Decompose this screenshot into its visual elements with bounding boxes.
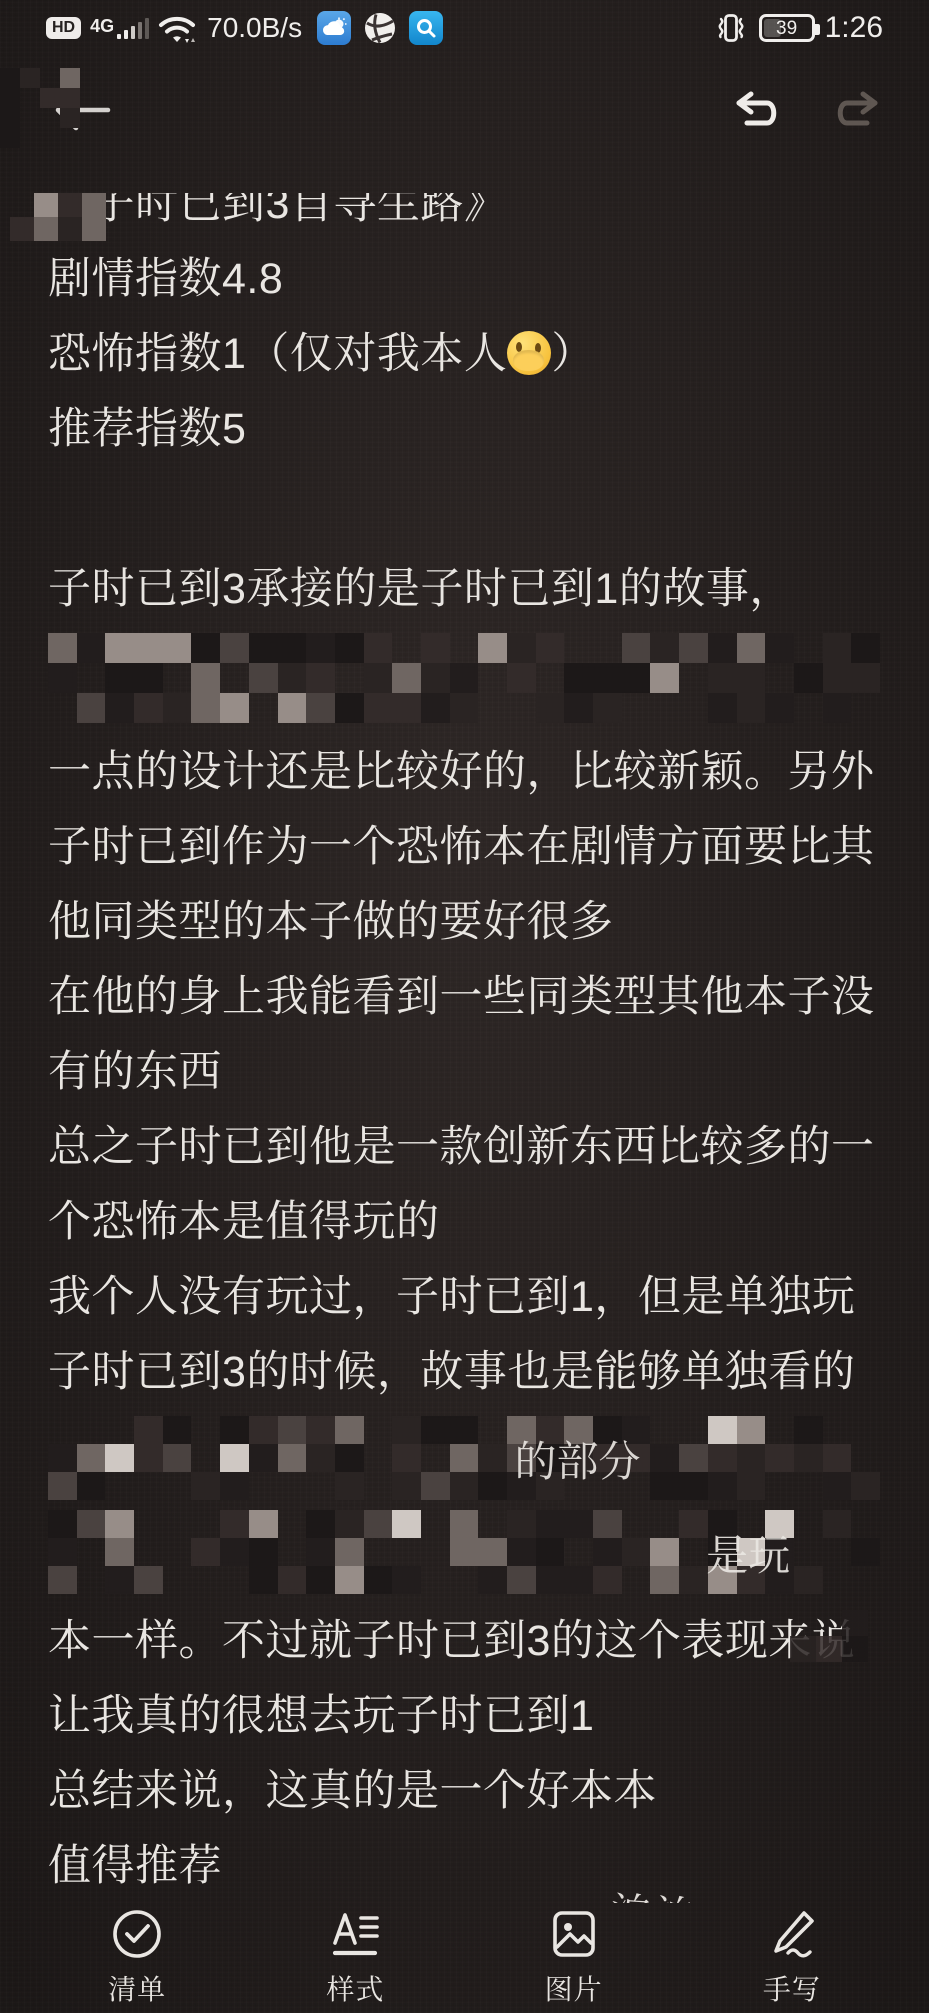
mosaic-cell bbox=[816, 1636, 842, 1662]
mosaic-cell bbox=[507, 663, 536, 693]
mosaic-cell bbox=[335, 693, 364, 723]
mosaic-cell bbox=[306, 633, 335, 663]
mosaic-cell bbox=[421, 1538, 450, 1566]
censored-text-line: 的部分 bbox=[48, 1416, 881, 1504]
mosaic-cell bbox=[220, 1538, 249, 1566]
mosaic-cell bbox=[335, 1444, 364, 1472]
mosaic-cell bbox=[105, 663, 134, 693]
mosaic-cell bbox=[191, 1416, 220, 1444]
mosaic-cell bbox=[679, 1472, 708, 1500]
mosaic-cell bbox=[10, 193, 34, 217]
censored-mosaic-inline bbox=[764, 1610, 861, 1677]
mosaic-cell bbox=[0, 88, 20, 108]
mosaic-cell bbox=[823, 1566, 852, 1594]
partially-visible-text: 是玩 bbox=[706, 1523, 790, 1583]
mosaic-cell bbox=[20, 128, 40, 148]
mosaic-cell bbox=[564, 693, 593, 723]
mosaic-cell bbox=[421, 1472, 450, 1500]
mosaic-cell bbox=[48, 1538, 77, 1566]
mosaic-cell bbox=[48, 1510, 77, 1538]
mosaic-cell bbox=[364, 1538, 393, 1566]
mosaic-cell bbox=[163, 633, 192, 663]
mosaic-cell bbox=[392, 1416, 421, 1444]
mosaic-cell bbox=[450, 1538, 479, 1566]
mosaic-cell bbox=[790, 1636, 816, 1662]
mosaic-cell bbox=[249, 1538, 278, 1566]
mosaic-cell bbox=[20, 108, 40, 128]
mosaic-cell bbox=[650, 633, 679, 663]
mosaic-cell bbox=[794, 693, 823, 723]
network-type-label: 4G bbox=[90, 17, 114, 35]
mosaic-cell bbox=[794, 1566, 823, 1594]
mosaic-cell bbox=[220, 1444, 249, 1472]
mosaic-cell bbox=[392, 663, 421, 693]
mosaic-cell bbox=[536, 633, 565, 663]
censored-text-line bbox=[48, 633, 881, 729]
mosaic-cell bbox=[450, 663, 479, 693]
redo-button[interactable] bbox=[831, 90, 883, 130]
mosaic-cell bbox=[249, 693, 278, 723]
mosaic-cell bbox=[650, 1566, 679, 1594]
mosaic-cell bbox=[163, 1510, 192, 1538]
mosaic-cell bbox=[163, 1566, 192, 1594]
mosaic-cell bbox=[622, 633, 651, 663]
mosaic-cell bbox=[708, 1416, 737, 1444]
mosaic-cell bbox=[10, 217, 34, 241]
mosaic-cell bbox=[220, 1566, 249, 1594]
mosaic-cell bbox=[364, 693, 393, 723]
mosaic-cell bbox=[364, 663, 393, 693]
mosaic-cell bbox=[737, 693, 766, 723]
censored-tail: 来说 bbox=[768, 1604, 855, 1679]
mosaic-cell bbox=[450, 1416, 479, 1444]
mosaic-cell bbox=[60, 128, 80, 148]
mosaic-cell bbox=[450, 1472, 479, 1500]
mosaic-cell bbox=[220, 1472, 249, 1500]
mosaic-cell bbox=[564, 1566, 593, 1594]
mosaic-cell bbox=[82, 193, 106, 217]
mosaic-cell bbox=[278, 1416, 307, 1444]
mosaic-cell bbox=[478, 633, 507, 663]
mosaic-cell bbox=[48, 1566, 77, 1594]
mosaic-cell bbox=[564, 633, 593, 663]
mosaic-cell bbox=[851, 633, 880, 663]
mosaic-cell bbox=[794, 633, 823, 663]
mosaic-cell bbox=[392, 1538, 421, 1566]
mosaic-cell bbox=[364, 1416, 393, 1444]
mosaic-cell bbox=[507, 1538, 536, 1566]
mosaic-cell bbox=[737, 1416, 766, 1444]
mosaic-cell bbox=[48, 633, 77, 663]
mosaic-cell bbox=[708, 693, 737, 723]
toolbar-item-image[interactable]: 图片 bbox=[514, 1907, 634, 2008]
mosaic-cell bbox=[77, 633, 106, 663]
mosaic-cell bbox=[306, 1510, 335, 1538]
mosaic-cell bbox=[60, 108, 80, 128]
mosaic-cell bbox=[536, 1566, 565, 1594]
mosaic-cell bbox=[679, 1538, 708, 1566]
mosaic-cell bbox=[564, 1538, 593, 1566]
toolbar-item-style[interactable]: 样式 bbox=[295, 1907, 415, 2008]
mosaic-cell bbox=[105, 633, 134, 663]
mosaic-cell bbox=[842, 1636, 868, 1662]
mosaic-cell bbox=[134, 1444, 163, 1472]
mosaic-cell bbox=[421, 1444, 450, 1472]
mosaic-cell bbox=[134, 1416, 163, 1444]
mosaic-cell bbox=[593, 663, 622, 693]
mosaic-cell bbox=[306, 1416, 335, 1444]
mosaic-cell bbox=[851, 1472, 880, 1500]
mosaic-cell bbox=[34, 217, 58, 241]
mosaic-cell bbox=[335, 1538, 364, 1566]
mosaic-cell bbox=[163, 693, 192, 723]
mosaic-cell bbox=[105, 1566, 134, 1594]
mosaic-cell bbox=[278, 1510, 307, 1538]
mosaic-cell bbox=[105, 1444, 134, 1472]
mosaic-cell bbox=[765, 1416, 794, 1444]
mosaic-cell bbox=[478, 1566, 507, 1594]
mosaic-cell bbox=[507, 633, 536, 663]
mosaic-cell bbox=[794, 1444, 823, 1472]
mosaic-cell bbox=[48, 693, 77, 723]
style-icon bbox=[327, 1907, 383, 1961]
mosaic-cell bbox=[58, 217, 82, 241]
weather-app-icon bbox=[317, 11, 351, 45]
mosaic-cell bbox=[478, 1472, 507, 1500]
mosaic-cell bbox=[421, 633, 450, 663]
mosaic-cell bbox=[134, 1538, 163, 1566]
mosaic-cell bbox=[421, 1416, 450, 1444]
mosaic-cell bbox=[851, 1538, 880, 1566]
mosaic-cell bbox=[48, 1472, 77, 1500]
mosaic-cell bbox=[335, 663, 364, 693]
mosaic-cell bbox=[191, 633, 220, 663]
mosaic-cell bbox=[278, 663, 307, 693]
clock-label: 1:26 bbox=[825, 11, 883, 45]
mosaic-cell bbox=[536, 693, 565, 723]
mosaic-cell bbox=[0, 128, 20, 148]
mosaic-cell bbox=[593, 633, 622, 663]
mosaic-cell bbox=[134, 1566, 163, 1594]
mosaic-cell bbox=[306, 1566, 335, 1594]
mosaic-cell bbox=[765, 693, 794, 723]
mosaic-cell bbox=[708, 633, 737, 663]
mosaic-cell bbox=[163, 1416, 192, 1444]
mosaic-cell bbox=[249, 1566, 278, 1594]
mosaic-cell bbox=[478, 1510, 507, 1538]
toolbar-item-label: 图片 bbox=[545, 1968, 603, 2008]
mosaic-cell bbox=[823, 1416, 852, 1444]
mosaic-cell bbox=[593, 1510, 622, 1538]
undo-button[interactable] bbox=[731, 90, 783, 130]
mosaic-cell bbox=[60, 68, 80, 88]
mosaic-cell bbox=[335, 1566, 364, 1594]
mosaic-cell bbox=[392, 1510, 421, 1538]
mosaic-cell bbox=[764, 1610, 790, 1636]
mosaic-cell bbox=[737, 633, 766, 663]
mosaic-cell bbox=[48, 663, 77, 693]
mosaic-cell bbox=[163, 1444, 192, 1472]
battery-indicator: 39 bbox=[759, 14, 815, 42]
mosaic-cell bbox=[220, 633, 249, 663]
mosaic-cell bbox=[622, 663, 651, 693]
mosaic-cell bbox=[163, 1538, 192, 1566]
mosaic-cell bbox=[77, 1416, 106, 1444]
mosaic-cell bbox=[765, 1472, 794, 1500]
mosaic-cell bbox=[478, 1538, 507, 1566]
mosaic-cell bbox=[364, 1444, 393, 1472]
mosaic-cell bbox=[507, 1510, 536, 1538]
checklist-icon bbox=[110, 1907, 164, 1961]
mosaic-cell bbox=[679, 663, 708, 693]
mosaic-cell bbox=[421, 663, 450, 693]
mosaic-cell bbox=[335, 1416, 364, 1444]
mosaic-cell bbox=[794, 663, 823, 693]
mosaic-cell bbox=[536, 1510, 565, 1538]
mosaic-cell bbox=[134, 633, 163, 663]
mosaic-cell bbox=[40, 128, 60, 148]
mosaic-cell bbox=[220, 1416, 249, 1444]
mosaic-cell bbox=[249, 663, 278, 693]
mosaic-cell bbox=[335, 1510, 364, 1538]
handwriting-icon bbox=[764, 1907, 820, 1961]
mosaic-cell bbox=[708, 663, 737, 693]
mosaic-cell bbox=[134, 1472, 163, 1500]
mosaic-cell bbox=[48, 1416, 77, 1444]
mosaic-cell bbox=[478, 663, 507, 693]
mosaic-cell bbox=[191, 1566, 220, 1594]
mosaic-cell bbox=[622, 1510, 651, 1538]
mosaic-cell bbox=[191, 1472, 220, 1500]
cellular-signal: 4G bbox=[90, 17, 149, 39]
mosaic-cell bbox=[306, 1472, 335, 1500]
mosaic-cell bbox=[679, 1510, 708, 1538]
mosaic-cell bbox=[450, 1510, 479, 1538]
mosaic-cell bbox=[220, 663, 249, 693]
mosaic-cell bbox=[306, 693, 335, 723]
mosaic-cell bbox=[593, 1538, 622, 1566]
mosaic-cell bbox=[679, 693, 708, 723]
hd-badge: HD bbox=[46, 17, 81, 39]
mosaic-cell bbox=[0, 68, 20, 88]
mosaic-cell bbox=[77, 1472, 106, 1500]
mosaic-cell bbox=[507, 1566, 536, 1594]
battery-percent-label: 39 bbox=[776, 19, 797, 38]
mosaic-cell bbox=[679, 633, 708, 663]
mosaic-cell bbox=[737, 1472, 766, 1500]
mosaic-cell bbox=[105, 1416, 134, 1444]
mosaic-cell bbox=[679, 1566, 708, 1594]
mosaic-cell bbox=[622, 1538, 651, 1566]
editor-toolbar bbox=[0, 68, 929, 152]
mosaic-cell bbox=[191, 1444, 220, 1472]
mosaic-cell bbox=[851, 1444, 880, 1472]
mosaic-cell bbox=[48, 1444, 77, 1472]
mosaic-cell bbox=[191, 693, 220, 723]
mosaic-cell bbox=[77, 1510, 106, 1538]
mosaic-cell bbox=[478, 693, 507, 723]
mosaic-cell bbox=[40, 68, 60, 88]
image-icon bbox=[547, 1907, 601, 1961]
mosaic-cell bbox=[392, 1472, 421, 1500]
mosaic-cell bbox=[249, 1510, 278, 1538]
mosaic-cell bbox=[421, 1566, 450, 1594]
mosaic-cell bbox=[650, 663, 679, 693]
censored-mosaic-block bbox=[0, 68, 82, 148]
mosaic-cell bbox=[163, 1472, 192, 1500]
mosaic-cell bbox=[77, 1444, 106, 1472]
mosaic-cell bbox=[306, 1444, 335, 1472]
toolbar-item-handwriting[interactable]: 手写 bbox=[732, 1907, 852, 2008]
mosaic-cell bbox=[278, 1444, 307, 1472]
mosaic-cell bbox=[77, 1566, 106, 1594]
status-left-cluster: HD 4G 70.0B/s bbox=[46, 10, 443, 46]
mosaic-cell bbox=[823, 1510, 852, 1538]
mosaic-cell bbox=[622, 693, 651, 723]
mosaic-cell bbox=[34, 193, 58, 217]
mosaic-cell bbox=[60, 88, 80, 108]
mosaic-cell bbox=[650, 1510, 679, 1538]
mosaic-cell bbox=[790, 1610, 816, 1636]
mosaic-cell bbox=[823, 1472, 852, 1500]
mosaic-cell bbox=[364, 1510, 393, 1538]
mosaic-cell bbox=[77, 663, 106, 693]
mosaic-cell bbox=[650, 1444, 679, 1472]
mosaic-cell bbox=[851, 693, 880, 723]
wifi-icon bbox=[158, 12, 198, 44]
mosaic-cell bbox=[249, 633, 278, 663]
mosaic-cell bbox=[708, 1472, 737, 1500]
mosaic-cell bbox=[478, 1444, 507, 1472]
mosaic-cell bbox=[306, 1538, 335, 1566]
status-bar: HD 4G 70.0B/s bbox=[0, 0, 929, 52]
mosaic-cell bbox=[450, 633, 479, 663]
note-editor-area[interactable]: 《子时已到3自寻生路》剧情指数4.8恐怖指数1（仅对我本人）推荐指数5子时已到3… bbox=[0, 193, 929, 1903]
signal-bars-icon bbox=[117, 17, 149, 39]
mosaic-cell bbox=[364, 1566, 393, 1594]
mosaic-cell bbox=[77, 1538, 106, 1566]
mosaic-cell bbox=[105, 1538, 134, 1566]
mosaic-cell bbox=[650, 1416, 679, 1444]
mosaic-cell bbox=[536, 663, 565, 693]
mosaic-cell bbox=[737, 663, 766, 693]
mosaic-cell bbox=[249, 1472, 278, 1500]
mosaic-cell bbox=[306, 663, 335, 693]
mosaic-cell bbox=[794, 1472, 823, 1500]
network-speed-label: 70.0B/s bbox=[207, 12, 302, 44]
mosaic-cell bbox=[478, 1416, 507, 1444]
mosaic-cell bbox=[622, 1566, 651, 1594]
mosaic-cell bbox=[794, 1510, 823, 1538]
mosaic-cell bbox=[191, 1510, 220, 1538]
mosaic-cell bbox=[421, 1510, 450, 1538]
mosaic-cell bbox=[794, 1416, 823, 1444]
status-right-cluster: 39 1:26 bbox=[713, 11, 883, 45]
mosaic-cell bbox=[278, 633, 307, 663]
mosaic-cell bbox=[823, 1444, 852, 1472]
mosaic-cell bbox=[507, 693, 536, 723]
mosaic-cell bbox=[77, 693, 106, 723]
mosaic-cell bbox=[593, 693, 622, 723]
toolbar-item-label: 样式 bbox=[326, 1968, 384, 2008]
mosaic-cell bbox=[335, 633, 364, 663]
mosaic-cell bbox=[134, 663, 163, 693]
mosaic-cell bbox=[564, 663, 593, 693]
mosaic-cell bbox=[737, 1444, 766, 1472]
mosaic-cell bbox=[842, 1610, 868, 1636]
search-app-icon bbox=[409, 11, 443, 45]
mosaic-cell bbox=[40, 88, 60, 108]
mosaic-cell bbox=[764, 1636, 790, 1662]
mosaic-cell bbox=[679, 1444, 708, 1472]
mosaic-cell bbox=[450, 693, 479, 723]
mosaic-cell bbox=[823, 693, 852, 723]
censored-text-line: 是玩 bbox=[48, 1510, 881, 1598]
mosaic-cell bbox=[564, 1510, 593, 1538]
mosaic-cell bbox=[450, 1444, 479, 1472]
mosaic-cell bbox=[249, 1444, 278, 1472]
mosaic-cell bbox=[851, 1566, 880, 1594]
mosaic-cell bbox=[708, 1444, 737, 1472]
mosaic-cell bbox=[650, 1538, 679, 1566]
mosaic-cell bbox=[650, 1472, 679, 1500]
mosaic-cell bbox=[335, 1472, 364, 1500]
mosaic-cell bbox=[220, 693, 249, 723]
toolbar-item-label: 清单 bbox=[108, 1968, 166, 2008]
toolbar-item-checklist[interactable]: 清单 bbox=[77, 1907, 197, 2008]
mosaic-cell bbox=[679, 1416, 708, 1444]
mosaic-cell bbox=[191, 1538, 220, 1566]
mosaic-cell bbox=[105, 693, 134, 723]
mosaic-cell bbox=[765, 633, 794, 663]
mosaic-cell bbox=[278, 693, 307, 723]
mosaic-cell bbox=[392, 1566, 421, 1594]
bottom-toolbar: 清单 样式 图片 手写 bbox=[0, 1903, 929, 2013]
mosaic-cell bbox=[392, 1444, 421, 1472]
mosaic-cell bbox=[823, 1538, 852, 1566]
mosaic-cell bbox=[650, 693, 679, 723]
mosaic-cell bbox=[765, 663, 794, 693]
mosaic-cell bbox=[392, 633, 421, 663]
browser-globe-icon bbox=[362, 10, 398, 46]
mosaic-cell bbox=[20, 88, 40, 108]
mosaic-cell bbox=[450, 1566, 479, 1594]
mosaic-cell bbox=[364, 1472, 393, 1500]
toolbar-item-label: 手写 bbox=[763, 1968, 821, 2008]
note-line-partially-censored: 子时已到3承接的是子时已到1的故事， bbox=[48, 552, 881, 627]
mosaic-cell bbox=[851, 663, 880, 693]
mosaic-cell bbox=[765, 1444, 794, 1472]
mosaic-cell bbox=[278, 1472, 307, 1500]
mosaic-cell bbox=[134, 693, 163, 723]
mosaic-cell bbox=[163, 663, 192, 693]
mosaic-cell bbox=[0, 108, 20, 128]
mosaic-cell bbox=[220, 1510, 249, 1538]
mosaic-cell bbox=[593, 1566, 622, 1594]
mosaic-cell bbox=[249, 1416, 278, 1444]
mosaic-cell bbox=[536, 1538, 565, 1566]
mosaic-cell bbox=[20, 68, 40, 88]
mosaic-cell bbox=[794, 1538, 823, 1566]
mosaic-cell bbox=[851, 1510, 880, 1538]
mosaic-cell bbox=[823, 633, 852, 663]
mosaic-cell bbox=[364, 633, 393, 663]
mosaic-cell bbox=[278, 1566, 307, 1594]
mosaic-cell bbox=[40, 108, 60, 128]
mosaic-cell bbox=[191, 663, 220, 693]
vibrate-mode-icon bbox=[713, 13, 749, 43]
mosaic-cell bbox=[851, 1416, 880, 1444]
